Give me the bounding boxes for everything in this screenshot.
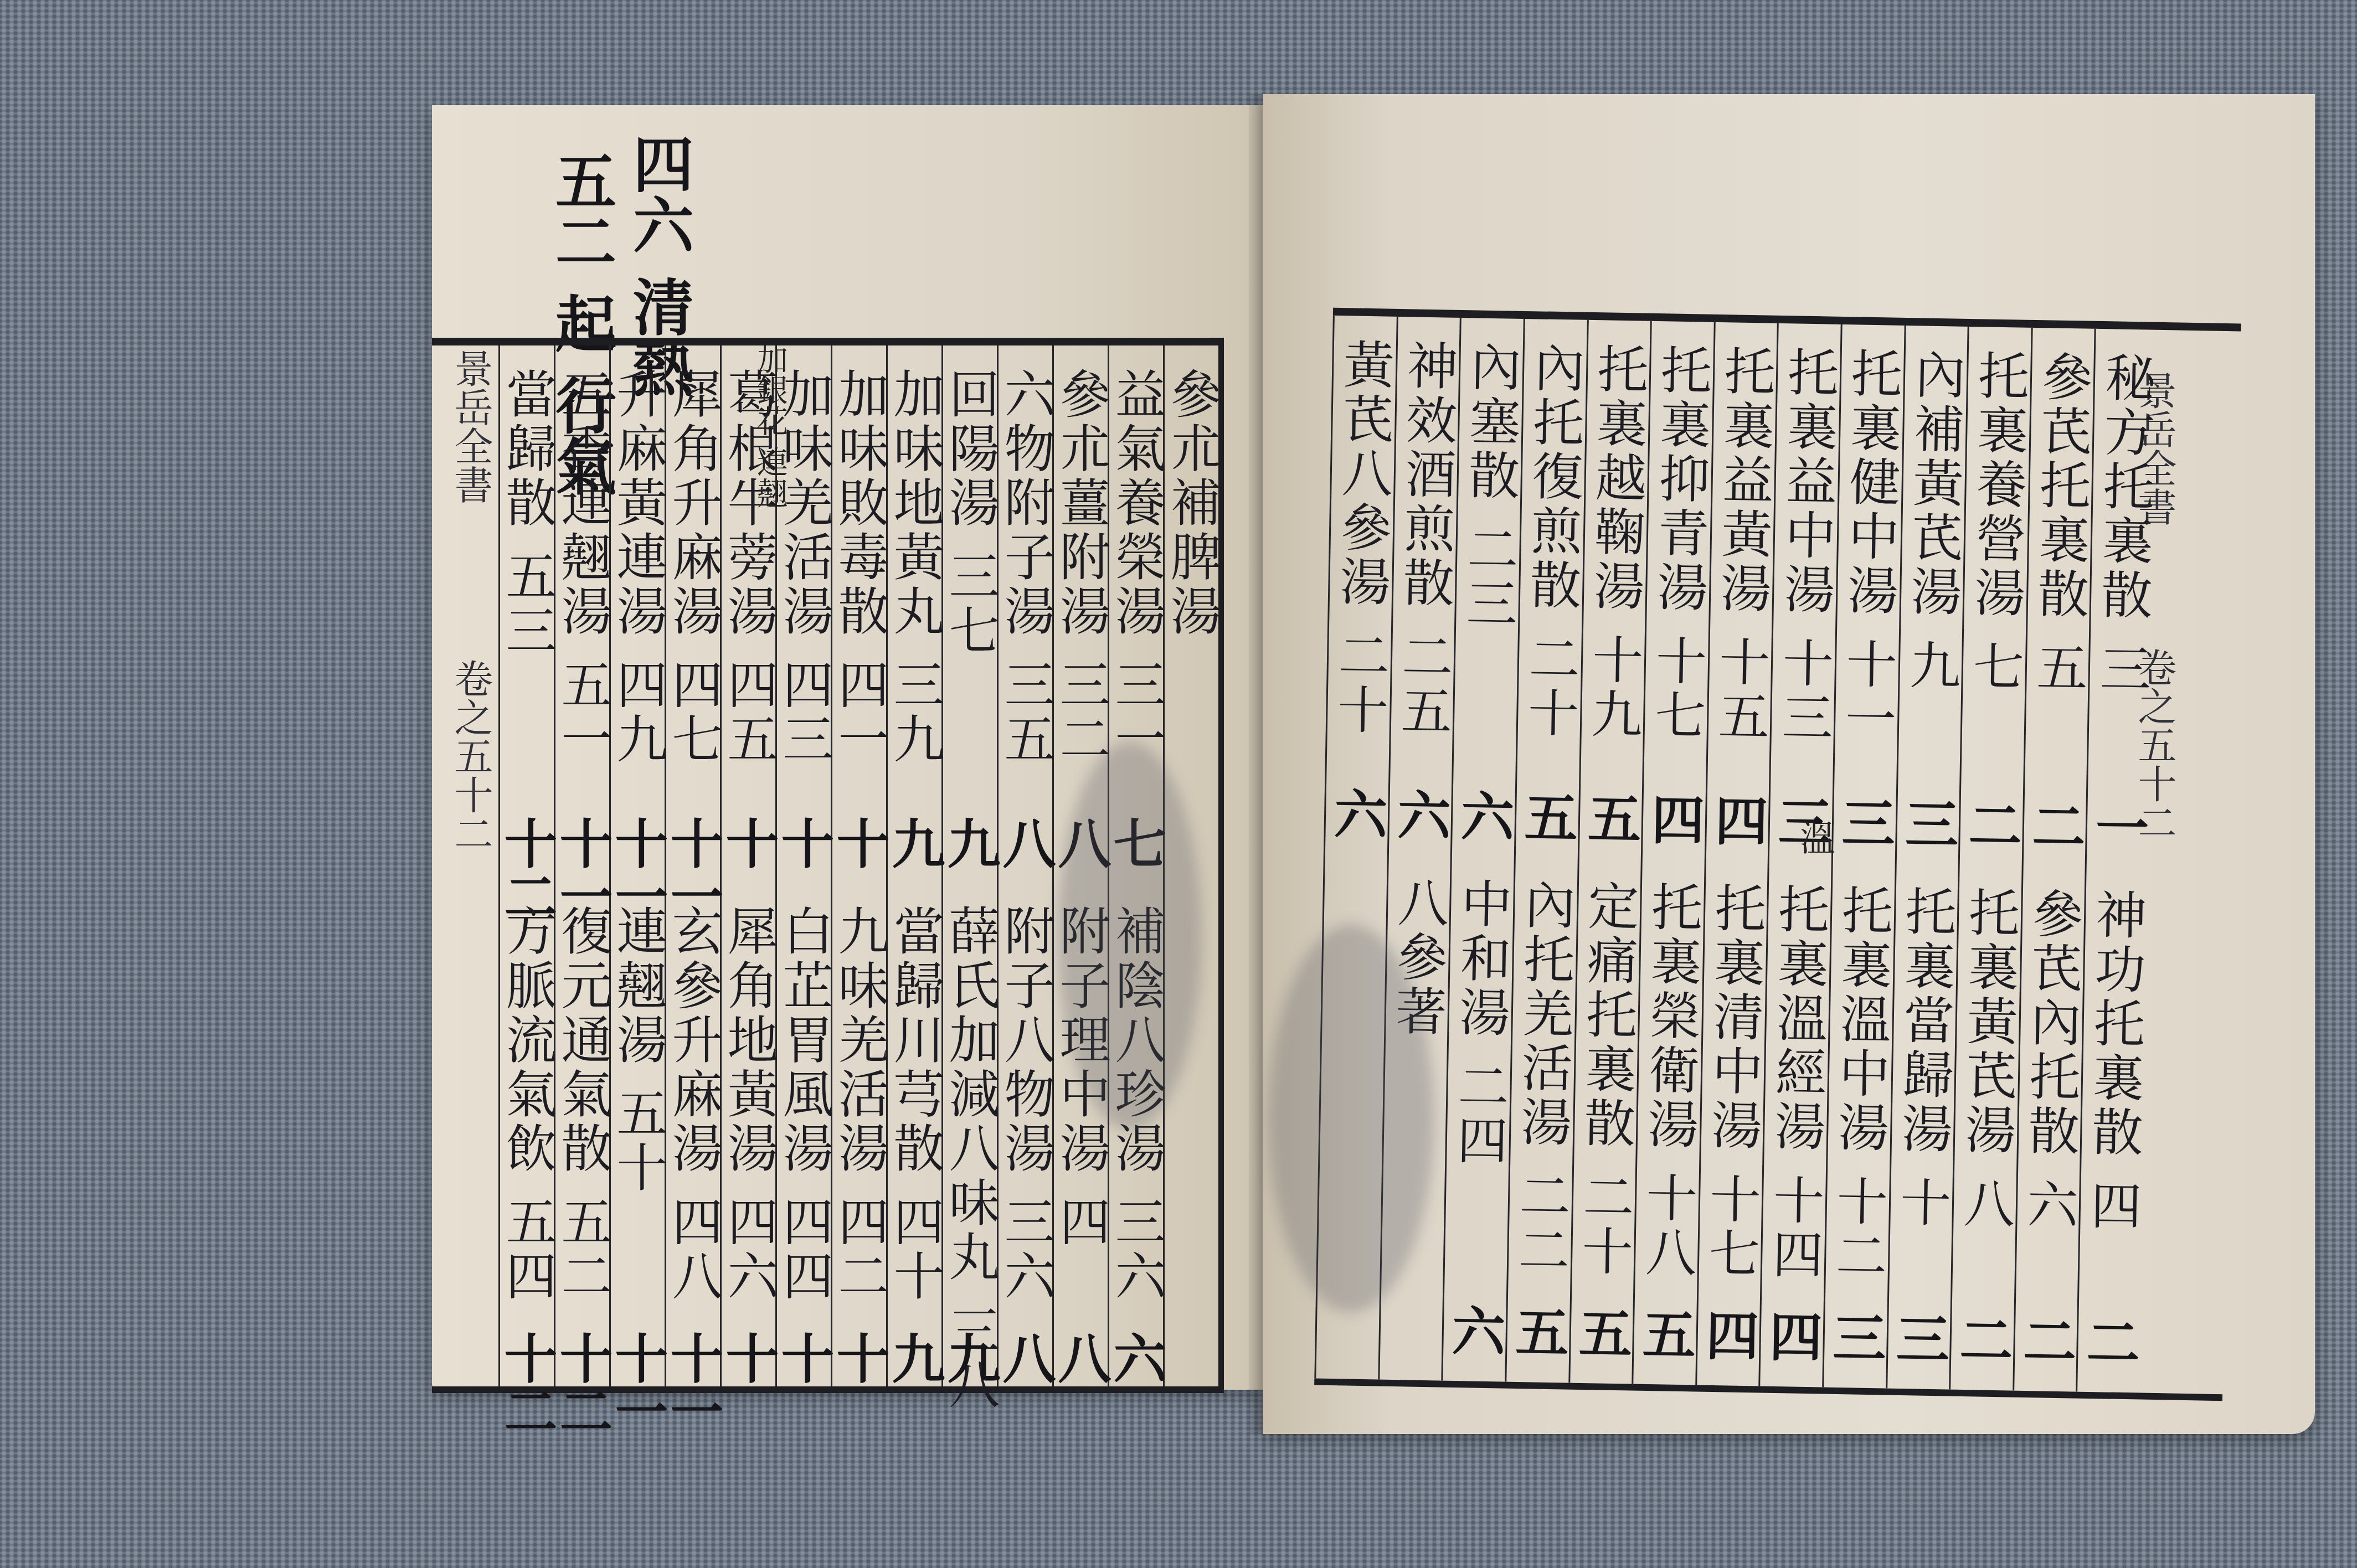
formula-entry: 托裏益黃湯 十五 bbox=[1713, 344, 1772, 745]
column: 當歸散 五三十二方脈流氣飲 五四十二 bbox=[498, 345, 554, 1386]
formula-entry: 益氣養榮湯 三一 bbox=[1111, 368, 1162, 767]
formula-entry: 連翹湯 五十 bbox=[613, 905, 663, 1195]
formula-entry: 秘方托裏散 三 bbox=[2095, 351, 2152, 697]
right-page: 景岳全書 卷之五十二 秘方托裏散 三一神功托裏散 四二 參芪托裏散 五二參芪內托… bbox=[1263, 94, 2315, 1434]
formula-entry: 附子八物湯 三六 bbox=[1000, 905, 1051, 1304]
formula-entry: 內塞散 二三 bbox=[1461, 340, 1517, 632]
formula-entry: 參朮補脾湯 bbox=[1166, 368, 1217, 639]
formula-entry: 托裏抑青湯 十七 bbox=[1650, 343, 1708, 744]
formula-entry: 九味羌活湯 四二 bbox=[834, 905, 885, 1304]
formula-entry: 參芪托裏散 五 bbox=[2032, 350, 2089, 696]
formula-entry: 神功托裏散 四 bbox=[2086, 888, 2143, 1234]
interlinear-note: 溫 bbox=[1789, 819, 1840, 855]
formula-entry: 托裏清中湯 十七 bbox=[1704, 881, 1762, 1282]
formula-entry: 參朮薑附湯 三二 bbox=[1056, 368, 1107, 767]
interlinear-note: 加銀花 連翹 bbox=[748, 343, 792, 508]
formula-entry: 托裏溫中湯 十二 bbox=[1831, 884, 1889, 1284]
formula-entry: 犀角升麻湯 四七 bbox=[668, 368, 719, 767]
formula-entry: 參芪內托散 六 bbox=[2023, 887, 2080, 1233]
formula-entry: 加味敗毒散 四一 bbox=[834, 368, 885, 767]
formula-entry: 復元通氣散 五二 bbox=[557, 905, 608, 1304]
formula-entry: 托裏健中湯 十一 bbox=[1840, 347, 1898, 747]
formula-entry: 內托羌活湯 二二 bbox=[1514, 878, 1572, 1278]
page-number: 六 bbox=[1319, 786, 1396, 840]
ink-stain bbox=[1058, 742, 1202, 1129]
formula-entry: 定痛托裏散 二十 bbox=[1577, 879, 1635, 1280]
column-grid: 秘方托裏散 三一神功托裏散 四二 參芪托裏散 五二參芪內托散 六二 托裏養營湯 … bbox=[1314, 316, 2158, 1393]
formula-entry: 內托復煎散 二十 bbox=[1523, 341, 1581, 741]
formula-entry: 方脈流氣飲 五四 bbox=[502, 905, 553, 1304]
ink-stain bbox=[1268, 925, 1434, 1312]
formula-entry: 托裏養營湯 七 bbox=[1968, 349, 2025, 695]
page-number: 六 bbox=[1437, 1303, 1514, 1357]
formula-entry: 加味地黃丸 三九 bbox=[889, 368, 940, 767]
formula-entry: 當歸川芎散 四十 bbox=[889, 905, 940, 1304]
formula-entry: 托裏榮衛湯 十八 bbox=[1640, 880, 1699, 1281]
formula-entry: 托裏黃芪湯 八 bbox=[1959, 886, 2016, 1232]
formula-entry: 托裏當歸湯 十 bbox=[1896, 885, 1953, 1231]
page-number: 十二 bbox=[489, 1331, 565, 1437]
formula-entry: 托裏溫經湯 十四 bbox=[1768, 883, 1826, 1283]
formula-entry: 玄參升麻湯 四八 bbox=[668, 905, 719, 1304]
formula-entry: 當歸散 五三 bbox=[502, 368, 553, 658]
formula-entry: 中和湯 二四 bbox=[1452, 877, 1508, 1169]
formula-entry: 神效酒煎散 二五 bbox=[1396, 339, 1454, 739]
formula-entry: 回陽湯 三七 bbox=[945, 368, 996, 658]
formula-entry: 托裏越鞠湯 十九 bbox=[1587, 342, 1645, 742]
text-frame: 秘方托裏散 三一神功托裏散 四二 參芪托裏散 五二參芪內托散 六二 托裏養營湯 … bbox=[1314, 308, 2241, 1401]
formula-entry: 五香連翹湯 五一 bbox=[557, 368, 608, 767]
formula-entry: 白芷胃風湯 四四 bbox=[779, 905, 830, 1304]
formula-entry: 六物附子湯 三五 bbox=[1000, 368, 1051, 767]
left-page: 五二 起 行氣 四六 清熱 景岳全書 卷之五十二 參朮補脾湯 益氣養榮湯 三一七… bbox=[432, 105, 1263, 1390]
formula-entry: 托裏益中湯 十三 bbox=[1777, 345, 1835, 746]
formula-entry: 犀角地黃湯 四六 bbox=[723, 905, 774, 1304]
formula-entry: 升麻黃連湯 四九 bbox=[613, 368, 663, 767]
formula-entry: 黃芪八參湯 二十 bbox=[1332, 338, 1391, 738]
formula-entry: 內補黃芪湯 九 bbox=[1905, 348, 1962, 694]
